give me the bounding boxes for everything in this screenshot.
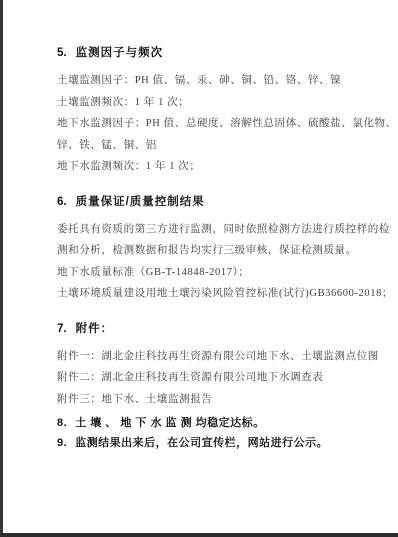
body-line-groundwater-factors-1: 地下水监测因子：PH 值、总硬度、溶解性总固体、硫酸盐、氯化物、	[57, 113, 362, 135]
body-line-qc-paragraph-2: 测和分析，检测数据和报告均实行三级审核，保证检测质量。	[57, 240, 362, 262]
statement-text: 监测结果出来后，在公司宣传栏，网站进行公示。	[75, 437, 328, 449]
statement-text: 土 壤 、 地 下 水 监 测 均稳定达标。	[75, 417, 264, 429]
section-number: 5.	[57, 47, 67, 59]
section-title: 附件：	[76, 323, 114, 335]
body-line-qc-paragraph-1: 委托具有资质的第三方进行监测，同时依照检测方法进行质控样的检	[57, 219, 362, 241]
section-title: 监测因子与频次	[76, 47, 164, 59]
section-heading-monitoring-factors: 5.监测因子与频次	[57, 46, 362, 60]
section-number: 6.	[57, 196, 67, 208]
scan-edge-left	[0, 0, 3, 537]
statement-number: 8.	[57, 417, 67, 429]
document-content: 5.监测因子与频次 土壤监测因子：PH 值、镉、汞、砷、铜、铅、铬、锌、镍 土壤…	[57, 46, 362, 453]
body-line-soil-frequency: 土壤监测频次：1 年 1 次；	[57, 92, 362, 114]
body-line-groundwater-standard: 地下水质量标准（GB-T-14848-2017）；	[57, 262, 362, 284]
section-title: 质量保证/质量控制结果	[76, 196, 205, 208]
statement-publicity: 9.监测结果出来后，在公司宣传栏，网站进行公示。	[57, 433, 362, 453]
section-heading-quality-control: 6.质量保证/质量控制结果	[57, 195, 362, 209]
statement-compliance: 8.土 壤 、 地 下 水 监 测 均稳定达标。	[57, 413, 362, 433]
statement-number: 9.	[57, 437, 67, 449]
body-line-groundwater-factors-2: 锌、铁、锰、铜、铝	[57, 135, 362, 157]
section-number: 7.	[57, 323, 67, 335]
body-line-attachment-1: 附件一：湖北金庄科技再生资源有限公司地下水、土壤监测点位图	[57, 346, 362, 368]
body-line-soil-factors: 土壤监测因子：PH 值、镉、汞、砷、铜、铅、铬、锌、镍	[57, 70, 362, 92]
body-line-groundwater-frequency: 地下水监测频次：1 年 1 次；	[57, 156, 362, 178]
section-heading-attachments: 7.附件：	[57, 322, 362, 336]
document-page: 5.监测因子与频次 土壤监测因子：PH 值、镉、汞、砷、铜、铅、铬、锌、镍 土壤…	[0, 0, 398, 537]
scan-edge-bottom	[0, 533, 398, 537]
body-line-attachment-3: 附件三：地下水、土壤监测报告	[57, 389, 362, 411]
body-line-attachment-2: 附件二：湖北金庄科技再生资源有限公司地下水调查表	[57, 367, 362, 389]
body-line-soil-standard: 土壤环境质量建设用地土壤污染风险管控标准(试行)GB36600-2018；	[57, 283, 362, 305]
